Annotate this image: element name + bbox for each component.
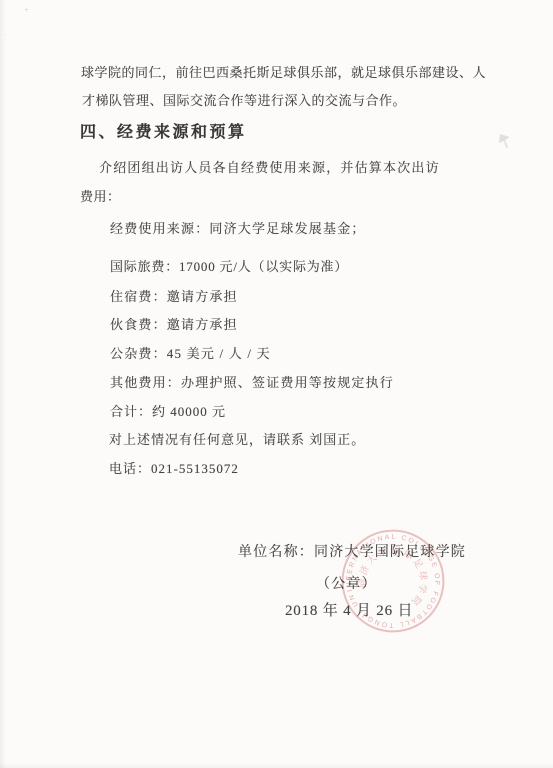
paragraph-line: 球学院的同仁，前往巴西桑托斯足球俱乐部，就足球俱乐部建设、人 xyxy=(81,64,486,82)
budget-item-intl-travel: 国际旅费：17000 元/人（以实际为准） xyxy=(110,258,348,276)
contact-note: 对上述情况有任何意见，请联系 刘国正。 xyxy=(109,431,365,449)
scan-smudge-right xyxy=(496,130,516,150)
scan-edge-shadow-bottom xyxy=(0,763,553,768)
intro-line: 费用： xyxy=(80,188,121,206)
budget-item-other: 其他费用：办理护照、签证费用等按规定执行 xyxy=(110,374,394,392)
budget-item-misc: 公杂费：45 美元 / 人 / 天 xyxy=(110,345,271,363)
contact-phone: 电话：021-55135072 xyxy=(109,460,239,478)
section-heading: 四、经费来源和预算 xyxy=(80,123,247,141)
scan-edge-shadow-left xyxy=(0,0,6,768)
paragraph-line: 才梯队管理、国际交流合作等进行深入的交流与合作。 xyxy=(82,92,406,110)
intro-line: 介绍团组出访人员各自经费使用来源，并估算本次出访 xyxy=(99,159,440,177)
budget-item-lodging: 住宿费：邀请方承担 xyxy=(110,288,238,306)
signature-unit-name: 单位名称：同济大学国际足球学院 xyxy=(238,544,466,562)
scanned-document-page: { "page": { "background_color": "#fcfbf9… xyxy=(0,0,553,768)
budget-item-meals: 伙食费：邀请方承担 xyxy=(110,316,238,334)
scan-speck-top-left: + xyxy=(24,5,29,15)
budget-total: 合计：约 40000 元 xyxy=(110,403,226,421)
signature-seal-label: （公章） xyxy=(316,576,377,594)
budget-item-source: 经费使用来源：同济大学足球发展基金； xyxy=(110,220,366,238)
signature-date: 2018 年 4 月 26 日 xyxy=(285,602,413,620)
